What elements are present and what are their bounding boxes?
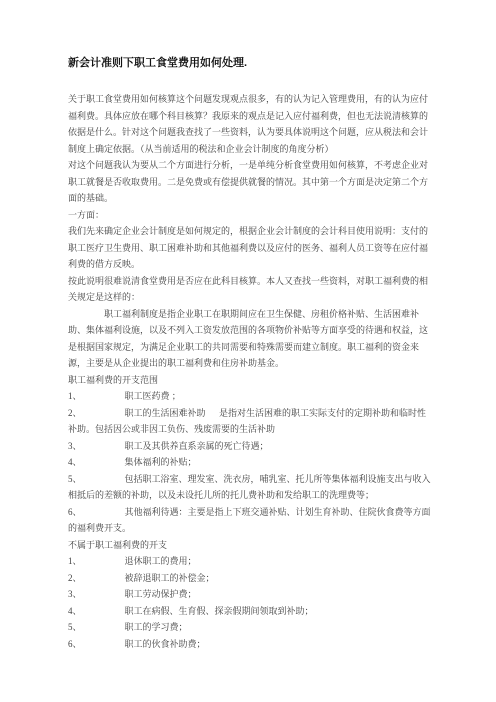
document-title: 新会计准则下职工食堂费用如何处理. [68,56,432,70]
list-item-text: 职工及其供养直系亲属的死亡待遇； [125,441,269,451]
list-item-text: 职工的生活困难补助 是指对生活困难的职工实际支付的定期补助和临时性补助。包括因公… [68,408,426,435]
list-item-text: 职工在病假、生育假、探亲假期间领取到补助； [125,606,314,616]
list-item-text: 职工医药费 ； [125,391,181,401]
list-number: 6、 [68,639,82,649]
document-page: 新会计准则下职工食堂费用如何处理. 关于职工食堂费用如何核算这个问题发现观点很多… [0,0,496,702]
list-tab-spacer [82,448,125,449]
intro-paragraph-5: 按此说明很难说清食堂费用是否应在此科目核算。本人又查找一些资料，对职工福利费的相… [68,273,432,306]
list-item-text: 集体福利的补贴； [125,457,197,467]
scope-list-item-2: 2、职工的生活困难补助 是指对生活困难的职工实际支付的定期补助和临时性补助。包括… [68,405,432,438]
exclusion-list-item-5: 5、职工的学习费； [68,619,432,636]
list-tab-spacer [82,646,125,647]
exclusion-list-item-1: 1、退休职工的费用； [68,553,432,570]
list-number: 5、 [68,622,82,632]
scope-heading: 职工福利费的开支范围 [68,372,432,389]
list-number: 2、 [68,573,82,583]
intro-paragraph-1: 关于职工食堂费用如何核算这个问题发现观点很多，有的认为记入管理费用，有的认为应付… [68,91,432,157]
list-number: 2、 [68,408,82,418]
list-tab-spacer [82,563,125,564]
list-tab-spacer [82,613,125,614]
scope-list-item-6: 6、其他福利待遇：主要是指上下班交通补贴、计划生育补助、住院伙食费等方面的福利费… [68,504,432,537]
list-number: 4、 [68,457,82,467]
welfare-definition-paragraph: 职工福利制度是指企业职工在职期间应在卫生保健、房租价格补贴、生活困难补助、集体福… [68,306,432,372]
list-tab-spacer [82,629,125,630]
exclusion-list-item-4: 4、职工在病假、生育假、探亲假期间领取到补助； [68,603,432,620]
list-item-text: 职工劳动保护费； [125,589,197,599]
list-tab-spacer [82,514,125,515]
list-item-text: 其他福利待遇：主要是指上下班交通补贴、计划生育补助、住院伙食费等方面的福利费开支… [68,507,431,534]
list-tab-spacer [82,596,125,597]
list-tab-spacer [82,398,125,399]
scope-list-item-1: 1、职工医药费 ； [68,388,432,405]
exclusion-list-item-6: 6、职工的伙食补助费； [68,636,432,653]
list-tab-spacer [82,481,125,482]
exclusion-heading: 不属于职工福利费的开支 [68,537,432,554]
list-item-text: 包括职工浴室、理发室、洗衣房，哺乳室、托儿所等集体福利设施支出与收入相抵后的差额… [68,474,431,501]
intro-paragraph-4: 我们先来确定企业会计制度是如何规定的，根据企业会计制度的会计科目使用说明：支付的… [68,223,432,273]
intro-paragraph-2: 对这个问题我认为要从二个方面进行分析，一是单纯分析食堂费用如何核算，不考虑企业对… [68,157,432,207]
exclusion-list-item-3: 3、职工劳动保护费； [68,586,432,603]
list-tab-spacer [82,580,125,581]
list-number: 1、 [68,391,82,401]
list-item-text: 被辞退职工的补偿金； [125,573,215,583]
scope-list-item-5: 5、包括职工浴室、理发室、洗衣房，哺乳室、托儿所等集体福利设施支出与收入相抵后的… [68,471,432,504]
exclusion-list-item-2: 2、被辞退职工的补偿金； [68,570,432,587]
list-tab-spacer [82,464,125,465]
list-number: 1、 [68,556,82,566]
list-number: 3、 [68,441,82,451]
list-item-text: 退休职工的费用； [125,556,197,566]
list-number: 4、 [68,606,82,616]
list-item-text: 职工的伙食补助费； [125,639,206,649]
list-number: 5、 [68,474,82,484]
list-item-text: 职工的学习费； [125,622,188,632]
scope-list-item-3: 3、职工及其供养直系亲属的死亡待遇； [68,438,432,455]
list-number: 3、 [68,589,82,599]
intro-paragraph-3: 一方面： [68,207,432,224]
scope-list-item-4: 4、集体福利的补贴； [68,454,432,471]
list-tab-spacer [82,415,125,416]
list-number: 6、 [68,507,82,517]
